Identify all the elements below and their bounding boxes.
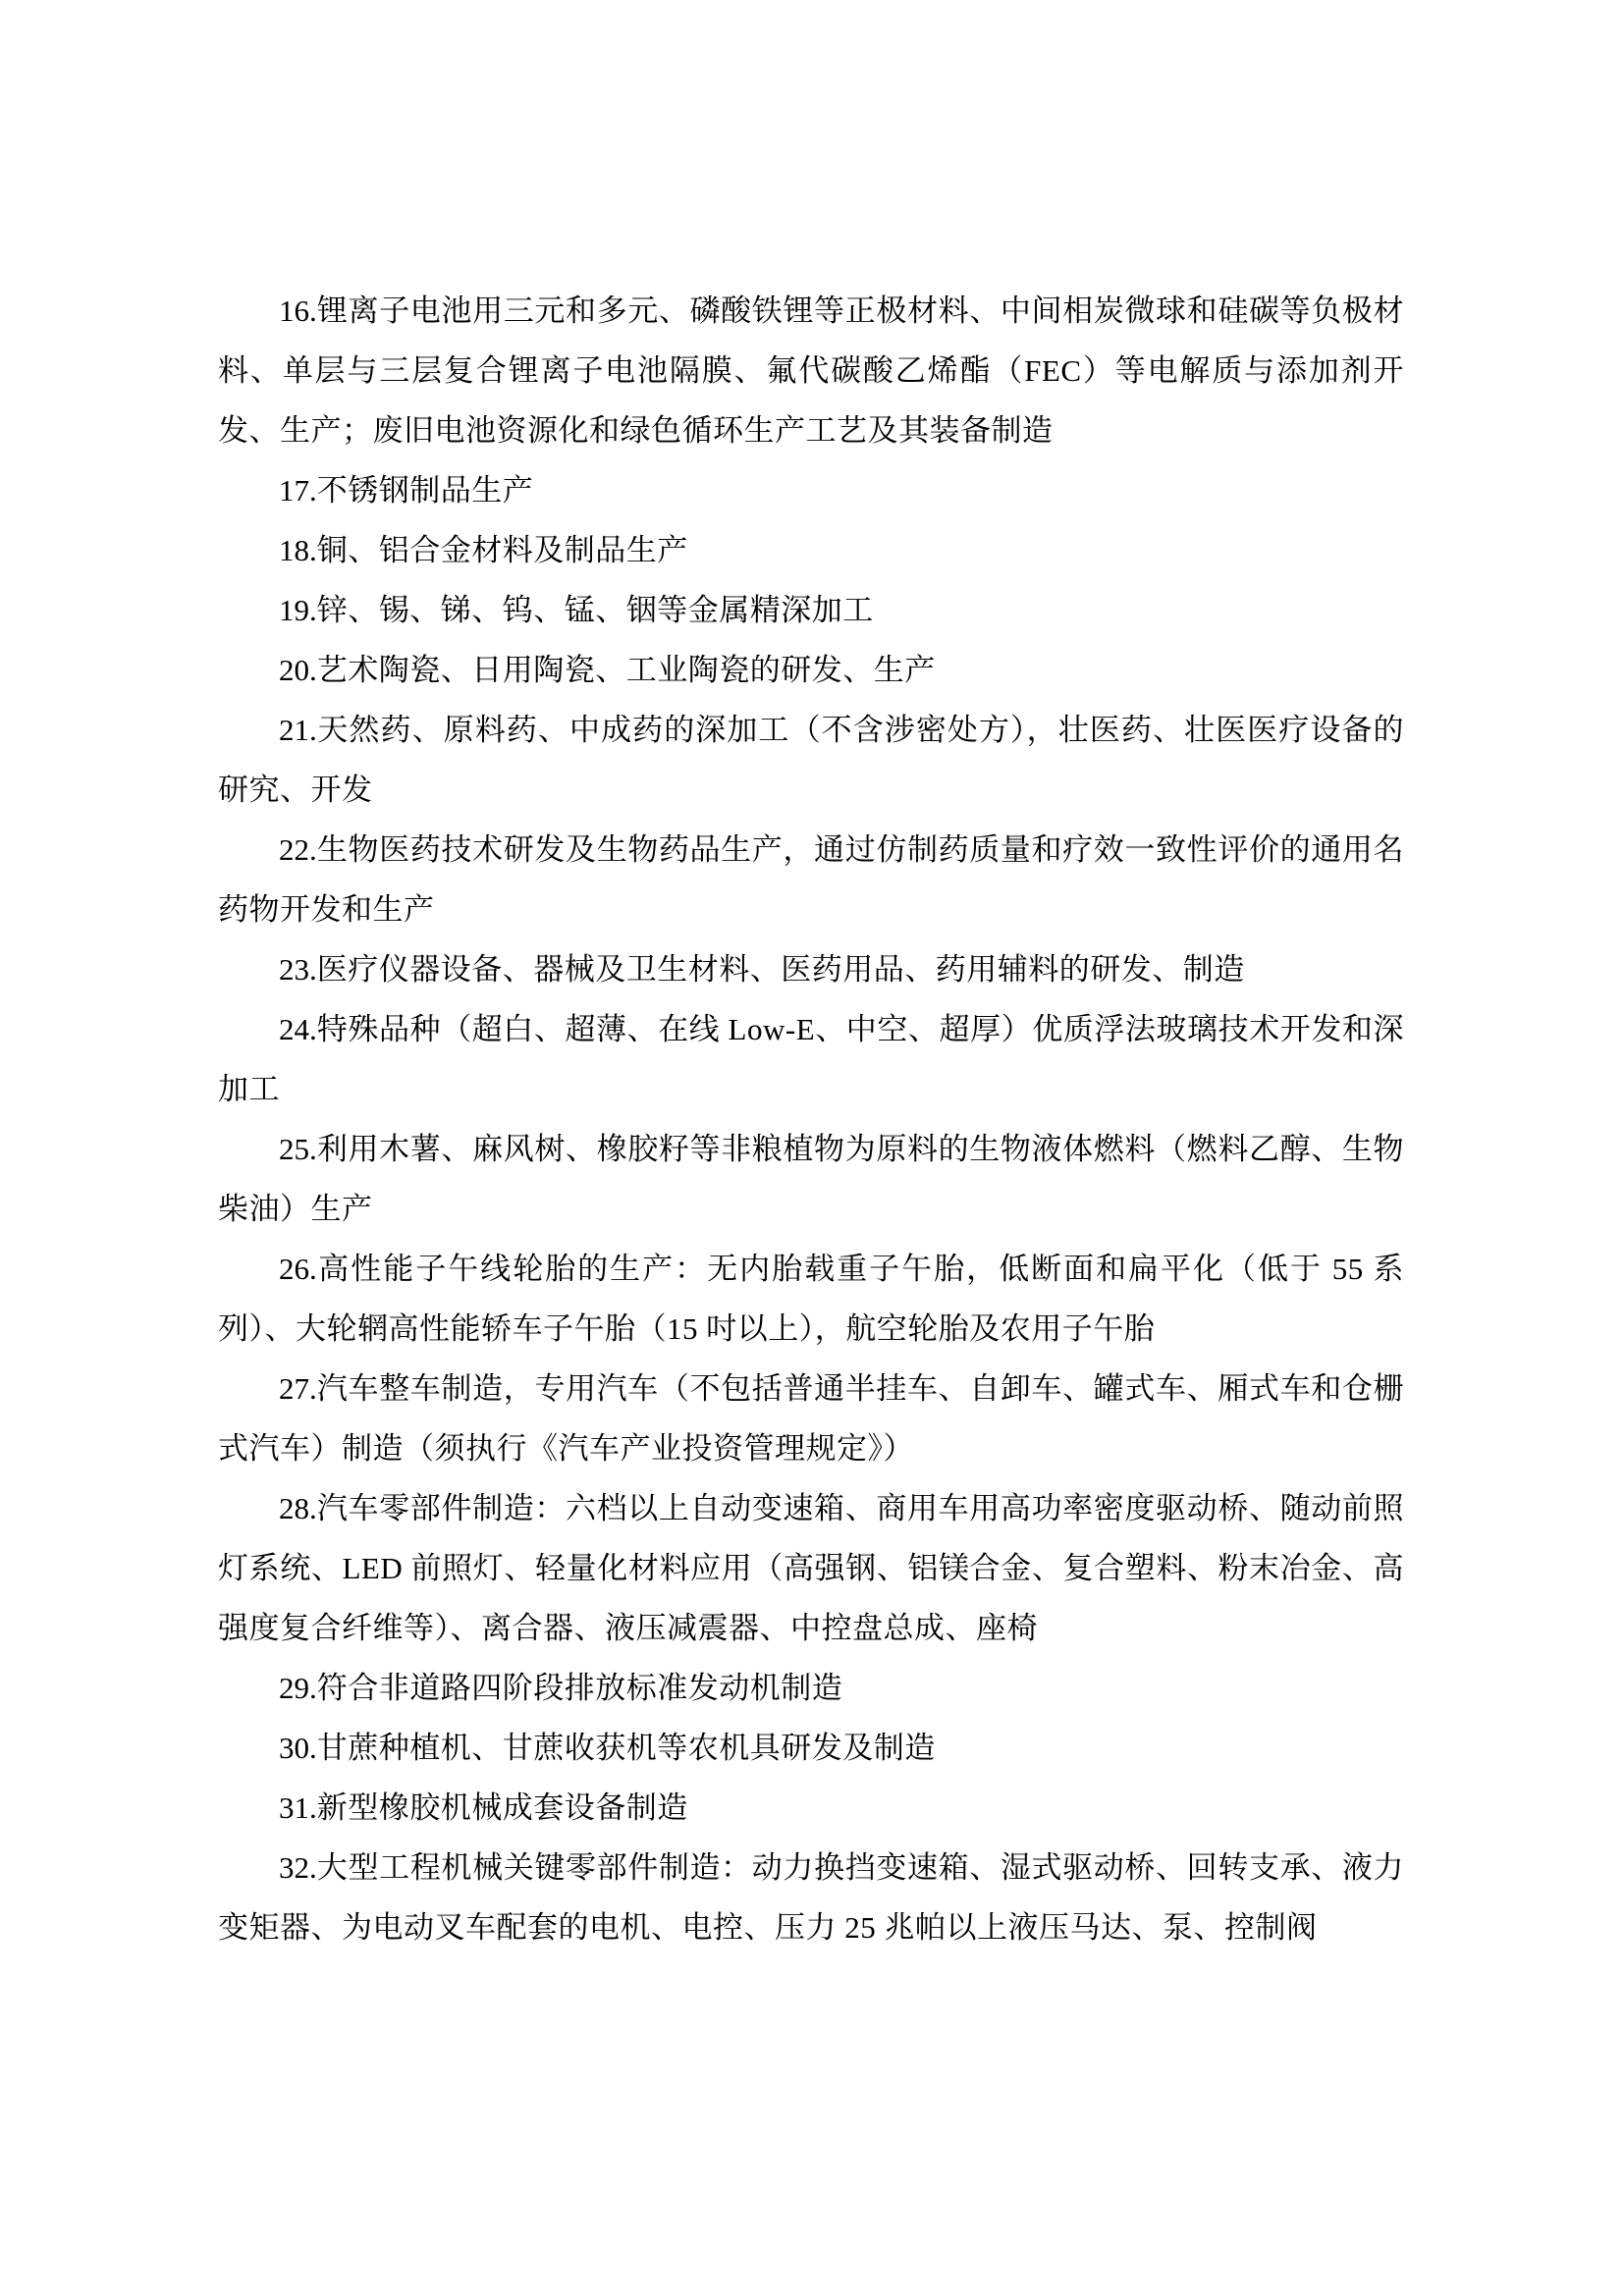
list-item-28: 28.汽车零部件制造：六档以上自动变速箱、商用车用高功率密度驱动桥、随动前照灯系… (218, 1478, 1404, 1658)
document-page: 16.锂离子电池用三元和多元、磷酸铁锂等正极材料、中间相炭微球和硅碳等负极材料、… (0, 0, 1624, 2296)
list-item-20: 20.艺术陶瓷、日用陶瓷、工业陶瓷的研发、生产 (218, 640, 1404, 700)
item-number: 30. (279, 1731, 317, 1765)
item-text: 特殊品种（超白、超薄、在线 Low-E、中空、超厚）优质浮法玻璃技术开发和深加工 (218, 1012, 1404, 1106)
item-number: 16. (279, 294, 317, 328)
item-text: 大型工程机械关键零部件制造：动力换挡变速箱、湿式驱动桥、回转支承、液力变矩器、为… (218, 1850, 1404, 1945)
list-item-32: 32.大型工程机械关键零部件制造：动力换挡变速箱、湿式驱动桥、回转支承、液力变矩… (218, 1838, 1404, 1957)
item-number: 32. (279, 1850, 317, 1885)
item-number: 29. (279, 1671, 317, 1705)
item-text: 符合非道路四阶段排放标准发动机制造 (317, 1671, 843, 1705)
item-number: 25. (279, 1132, 317, 1166)
item-number: 27. (279, 1371, 317, 1406)
document-body: 16.锂离子电池用三元和多元、磷酸铁锂等正极材料、中间相炭微球和硅碳等负极材料、… (218, 281, 1404, 1957)
item-text: 利用木薯、麻风树、橡胶籽等非粮植物为原料的生物液体燃料（燃料乙醇、生物柴油）生产 (218, 1132, 1404, 1226)
item-number: 17. (279, 473, 317, 507)
item-number: 22. (279, 832, 317, 867)
item-number: 21. (279, 713, 317, 747)
item-number: 31. (279, 1790, 317, 1825)
item-number: 28. (279, 1491, 317, 1525)
item-number: 20. (279, 653, 317, 687)
list-item-18: 18.铜、铝合金材料及制品生产 (218, 520, 1404, 580)
list-item-23: 23.医疗仪器设备、器械及卫生材料、医药用品、药用辅料的研发、制造 (218, 939, 1404, 999)
list-item-30: 30.甘蔗种植机、甘蔗收获机等农机具研发及制造 (218, 1718, 1404, 1778)
list-item-16: 16.锂离子电池用三元和多元、磷酸铁锂等正极材料、中间相炭微球和硅碳等负极材料、… (218, 281, 1404, 460)
list-item-25: 25.利用木薯、麻风树、橡胶籽等非粮植物为原料的生物液体燃料（燃料乙醇、生物柴油… (218, 1119, 1404, 1239)
item-text: 新型橡胶机械成套设备制造 (317, 1790, 688, 1825)
item-number: 19. (279, 593, 317, 627)
list-item-27: 27.汽车整车制造，专用汽车（不包括普通半挂车、自卸车、罐式车、厢式车和仓栅式汽… (218, 1359, 1404, 1478)
item-text: 高性能子午线轮胎的生产：无内胎载重子午胎，低断面和扁平化（低于 55 系列）、大… (218, 1252, 1404, 1346)
item-text: 甘蔗种植机、甘蔗收获机等农机具研发及制造 (317, 1731, 936, 1765)
item-number: 24. (279, 1012, 317, 1046)
list-item-17: 17.不锈钢制品生产 (218, 460, 1404, 520)
item-number: 18. (279, 533, 317, 567)
item-text: 铜、铝合金材料及制品生产 (317, 533, 688, 567)
item-text: 不锈钢制品生产 (317, 473, 534, 507)
item-text: 汽车整车制造，专用汽车（不包括普通半挂车、自卸车、罐式车、厢式车和仓栅式汽车）制… (218, 1371, 1404, 1466)
list-item-21: 21.天然药、原料药、中成药的深加工（不含涉密处方），壮医药、壮医医疗设备的研究… (218, 700, 1404, 820)
list-item-29: 29.符合非道路四阶段排放标准发动机制造 (218, 1658, 1404, 1718)
item-text: 天然药、原料药、中成药的深加工（不含涉密处方），壮医药、壮医医疗设备的研究、开发 (218, 713, 1404, 807)
item-text: 艺术陶瓷、日用陶瓷、工业陶瓷的研发、生产 (317, 653, 936, 687)
list-item-22: 22.生物医药技术研发及生物药品生产，通过仿制药质量和疗效一致性评价的通用名药物… (218, 820, 1404, 939)
list-item-24: 24.特殊品种（超白、超薄、在线 Low-E、中空、超厚）优质浮法玻璃技术开发和… (218, 999, 1404, 1119)
item-text: 锂离子电池用三元和多元、磷酸铁锂等正极材料、中间相炭微球和硅碳等负极材料、单层与… (218, 294, 1404, 448)
item-number: 23. (279, 952, 317, 987)
list-item-31: 31.新型橡胶机械成套设备制造 (218, 1778, 1404, 1838)
item-text: 汽车零部件制造：六档以上自动变速箱、商用车用高功率密度驱动桥、随动前照灯系统、L… (218, 1491, 1404, 1645)
list-item-26: 26.高性能子午线轮胎的生产：无内胎载重子午胎，低断面和扁平化（低于 55 系列… (218, 1239, 1404, 1359)
item-number: 26. (279, 1252, 317, 1286)
item-text: 锌、锡、锑、钨、锰、铟等金属精深加工 (317, 593, 874, 627)
item-text: 医疗仪器设备、器械及卫生材料、医药用品、药用辅料的研发、制造 (317, 952, 1245, 987)
item-text: 生物医药技术研发及生物药品生产，通过仿制药质量和疗效一致性评价的通用名药物开发和… (218, 832, 1404, 927)
list-item-19: 19.锌、锡、锑、钨、锰、铟等金属精深加工 (218, 580, 1404, 640)
